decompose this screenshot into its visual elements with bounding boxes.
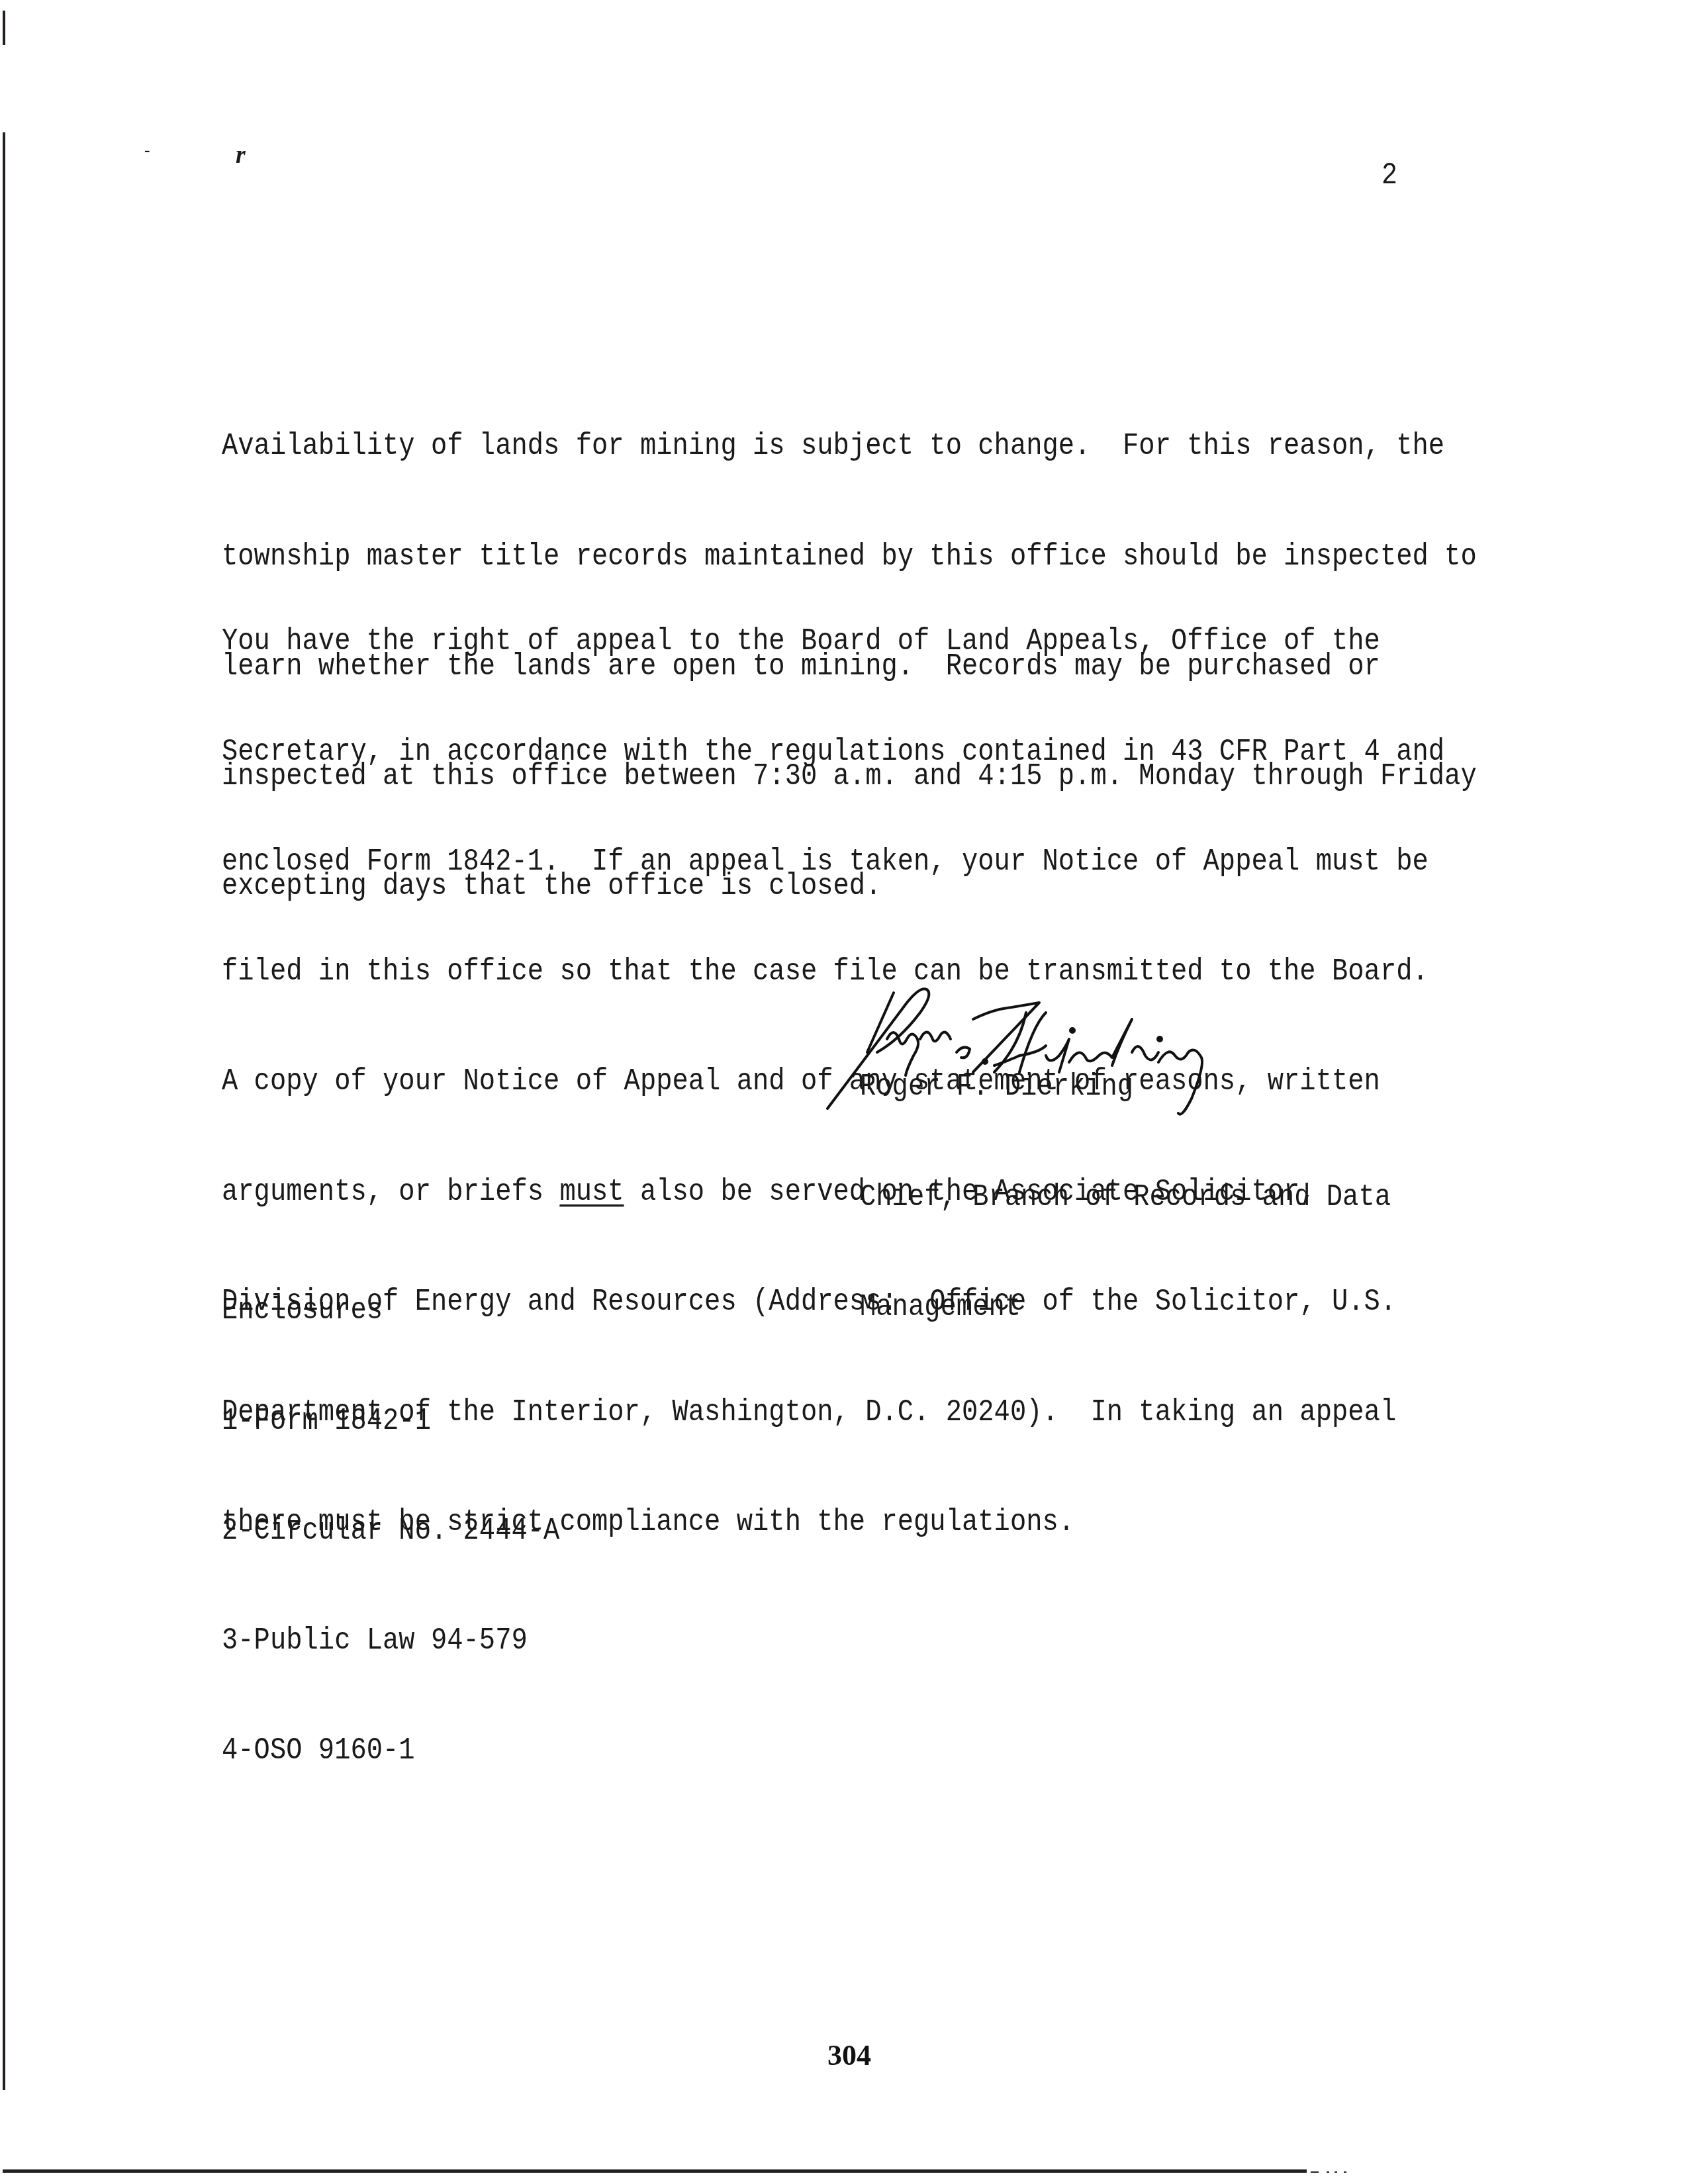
- scan-edge-left: [3, 132, 5, 2090]
- signer-title: Chief, Branch of Records and Data: [860, 1179, 1391, 1216]
- enclosure-item: 2-Circular No. 2444-A: [222, 1514, 559, 1550]
- signature-block: Roger F. Dierking Chief, Branch of Recor…: [860, 996, 1391, 1400]
- scan-edge-dash: [1344, 2171, 1346, 2173]
- page-number: 2: [1382, 159, 1397, 193]
- text-line: You have the right of appeal to the Boar…: [222, 624, 1444, 660]
- enclosure-item: 3-Public Law 94-579: [222, 1623, 559, 1660]
- signer-title-continued: Management: [860, 1290, 1391, 1326]
- enclosure-item: 1-Form 1842-1: [222, 1403, 559, 1439]
- scan-edge-dash: [1327, 2171, 1329, 2173]
- scan-edge-dash: [1311, 2171, 1319, 2173]
- underlined-word: must: [559, 1175, 624, 1210]
- scan-edge-dash: [1335, 2171, 1337, 2173]
- scan-edge-left-top: [3, 11, 5, 45]
- text-line: Secretary, in accordance with the regula…: [222, 734, 1444, 770]
- text-line: enclosed Form 1842-1. If an appeal is ta…: [222, 844, 1444, 881]
- text-segment: arguments, or briefs: [222, 1175, 559, 1210]
- enclosures-list: Enclosures 1-Form 1842-1 2-Circular No. …: [222, 1220, 559, 1843]
- document-page: - r 2 Availability of lands for mining i…: [0, 0, 1688, 2184]
- enclosure-item: 4-OSO 9160-1: [222, 1733, 559, 1770]
- stray-mark: -: [144, 140, 150, 160]
- stray-mark: r: [236, 140, 246, 169]
- folio-page-number: 304: [820, 2038, 879, 2072]
- scan-edge-bottom: [3, 2169, 1307, 2173]
- signer-name: Roger F. Dierking: [860, 1069, 1391, 1106]
- enclosures-heading: Enclosures: [222, 1293, 559, 1330]
- text-line: Availability of lands for mining is subj…: [222, 429, 1477, 465]
